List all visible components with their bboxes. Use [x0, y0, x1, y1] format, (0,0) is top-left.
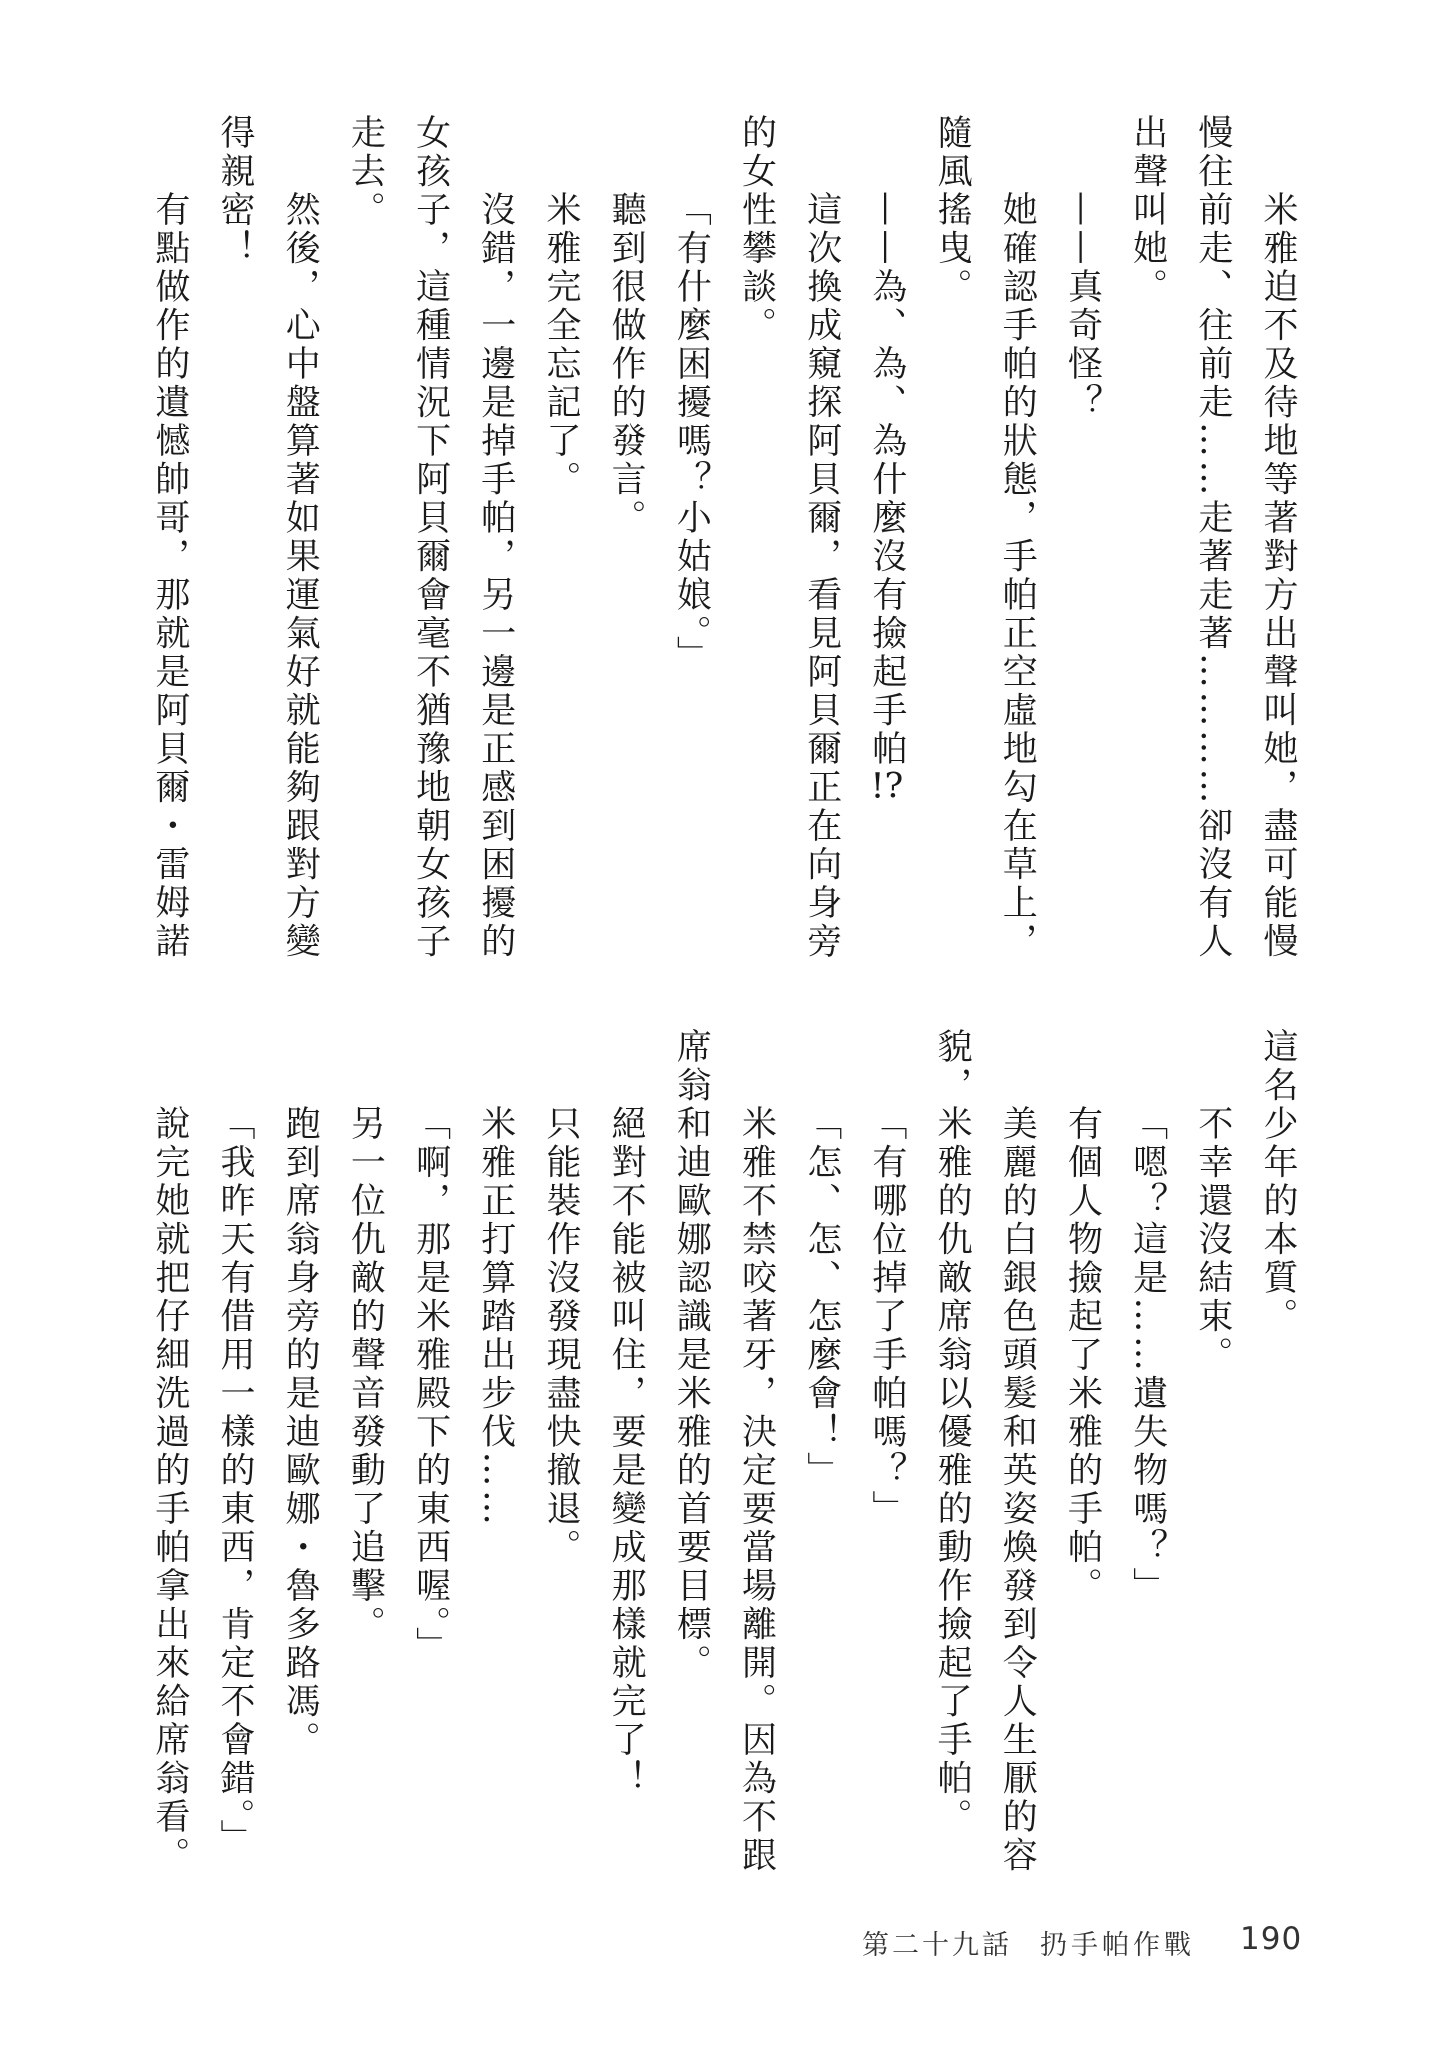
text-column: 的女性攀談。 — [723, 114, 788, 961]
text-column: 只能裝作沒發現盡快撤退。 — [528, 1028, 593, 1875]
page-footer: 第二十九話 扔手帕作戰 190 — [0, 1918, 1440, 1962]
text-column: 米雅迫不及待地等著對方出聲叫她，盡可能慢 — [1245, 114, 1310, 961]
dialogue-column: 「啊，那是米雅殿下的東西喔。」 — [397, 1028, 462, 1875]
book-page: 米雅迫不及待地等著對方出聲叫她，盡可能慢 慢往前走、往前走……走著走著…………卻… — [0, 0, 1440, 2048]
text-column: 女孩子，這種情況下阿貝爾會毫不猶豫地朝女孩子 — [397, 114, 462, 961]
text-column: 沒錯，一邊是掉手帕，另一邊是正感到困擾的 — [463, 114, 528, 961]
text-column: 有點做作的遺憾帥哥，那就是阿貝爾・雷姆諾 — [137, 114, 202, 961]
text-column: 這名少年的本質。 — [1245, 1028, 1310, 1875]
text-column: 出聲叫她。 — [1114, 114, 1179, 961]
dialogue-column: 「嗯？這是……遺失物嗎？」 — [1114, 1028, 1179, 1875]
text-column: ——為、為、為什麼沒有撿起手帕!? — [854, 114, 919, 961]
text-column: 不幸還沒結束。 — [1180, 1028, 1245, 1875]
text-column: 米雅正打算踏出步伐…… — [463, 1028, 528, 1875]
text-column: 席翁和迪歐娜認識是米雅的首要目標。 — [658, 1028, 723, 1875]
upper-text-block: 米雅迫不及待地等著對方出聲叫她，盡可能慢 慢往前走、往前走……走著走著…………卻… — [137, 114, 1310, 961]
text-column: 說完她就把仔細洗過的手帕拿出來給席翁看。 — [137, 1028, 202, 1875]
chapter-label: 第二十九話 — [862, 1923, 1012, 1962]
dialogue-column: 「怎、怎、怎麼會！」 — [789, 1028, 854, 1875]
upright-punctuation: !? — [867, 769, 907, 804]
text-column: ——真奇怪？ — [1049, 114, 1114, 961]
text-column: 聽到很做作的發言。 — [593, 114, 658, 961]
column-text: ——為、為、為什麼沒有撿起手帕 — [867, 191, 907, 769]
dialogue-column: 「我昨天有借用一樣的東西，肯定不會錯。」 — [202, 1028, 267, 1875]
text-column: 然後，心中盤算著如果運氣好就能夠跟對方變 — [267, 114, 332, 961]
text-column: 得親密！ — [202, 114, 267, 961]
text-column: 慢往前走、往前走……走著走著…………卻沒有人 — [1180, 114, 1245, 961]
text-column: 她確認手帕的狀態，手帕正空虛地勾在草上， — [984, 114, 1049, 961]
text-column: 絕對不能被叫住，要是變成那樣就完了！ — [593, 1028, 658, 1875]
text-column: 跑到席翁身旁的是迪歐娜・魯多路馮。 — [267, 1028, 332, 1875]
text-column: 走去。 — [332, 114, 397, 961]
chapter-title: 扔手帕作戰 — [1040, 1923, 1195, 1962]
page-number: 190 — [1240, 1921, 1302, 1957]
text-column: 另一位仇敵的聲音發動了追擊。 — [332, 1028, 397, 1875]
text-column: 有個人物撿起了米雅的手帕。 — [1049, 1028, 1114, 1875]
text-column: 隨風搖曳。 — [919, 114, 984, 961]
text-column: 美麗的白銀色頭髮和英姿煥發到令人生厭的容 — [984, 1028, 1049, 1875]
text-column: 貌，米雅的仇敵席翁以優雅的動作撿起了手帕。 — [919, 1028, 984, 1875]
text-column: 這次換成窺探阿貝爾，看見阿貝爾正在向身旁 — [789, 114, 854, 961]
text-column: 米雅不禁咬著牙，決定要當場離開。因為不跟 — [723, 1028, 788, 1875]
dialogue-column: 「有哪位掉了手帕嗎？」 — [854, 1028, 919, 1875]
lower-text-block: 這名少年的本質。 不幸還沒結束。 「嗯？這是……遺失物嗎？」 有個人物撿起了米雅… — [137, 1028, 1310, 1875]
dialogue-column: 「有什麼困擾嗎？小姑娘。」 — [658, 114, 723, 961]
text-column: 米雅完全忘記了。 — [528, 114, 593, 961]
